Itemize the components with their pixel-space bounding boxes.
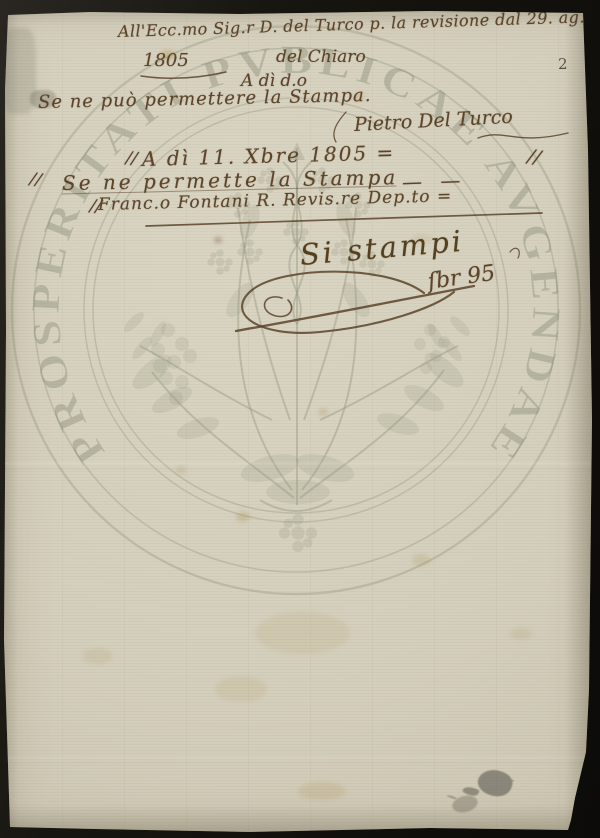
scan-background: PROSPERITATI PVBLICAE AVGENDAE <box>0 0 600 838</box>
page-number: 2 <box>558 55 568 73</box>
year-note: 1805 <box>143 50 189 71</box>
manuscript-page: PROSPERITATI PVBLICAE AVGENDAE <box>0 0 600 838</box>
addressee-note: del Chiaro <box>276 47 366 67</box>
slash-mark: // <box>125 148 138 169</box>
